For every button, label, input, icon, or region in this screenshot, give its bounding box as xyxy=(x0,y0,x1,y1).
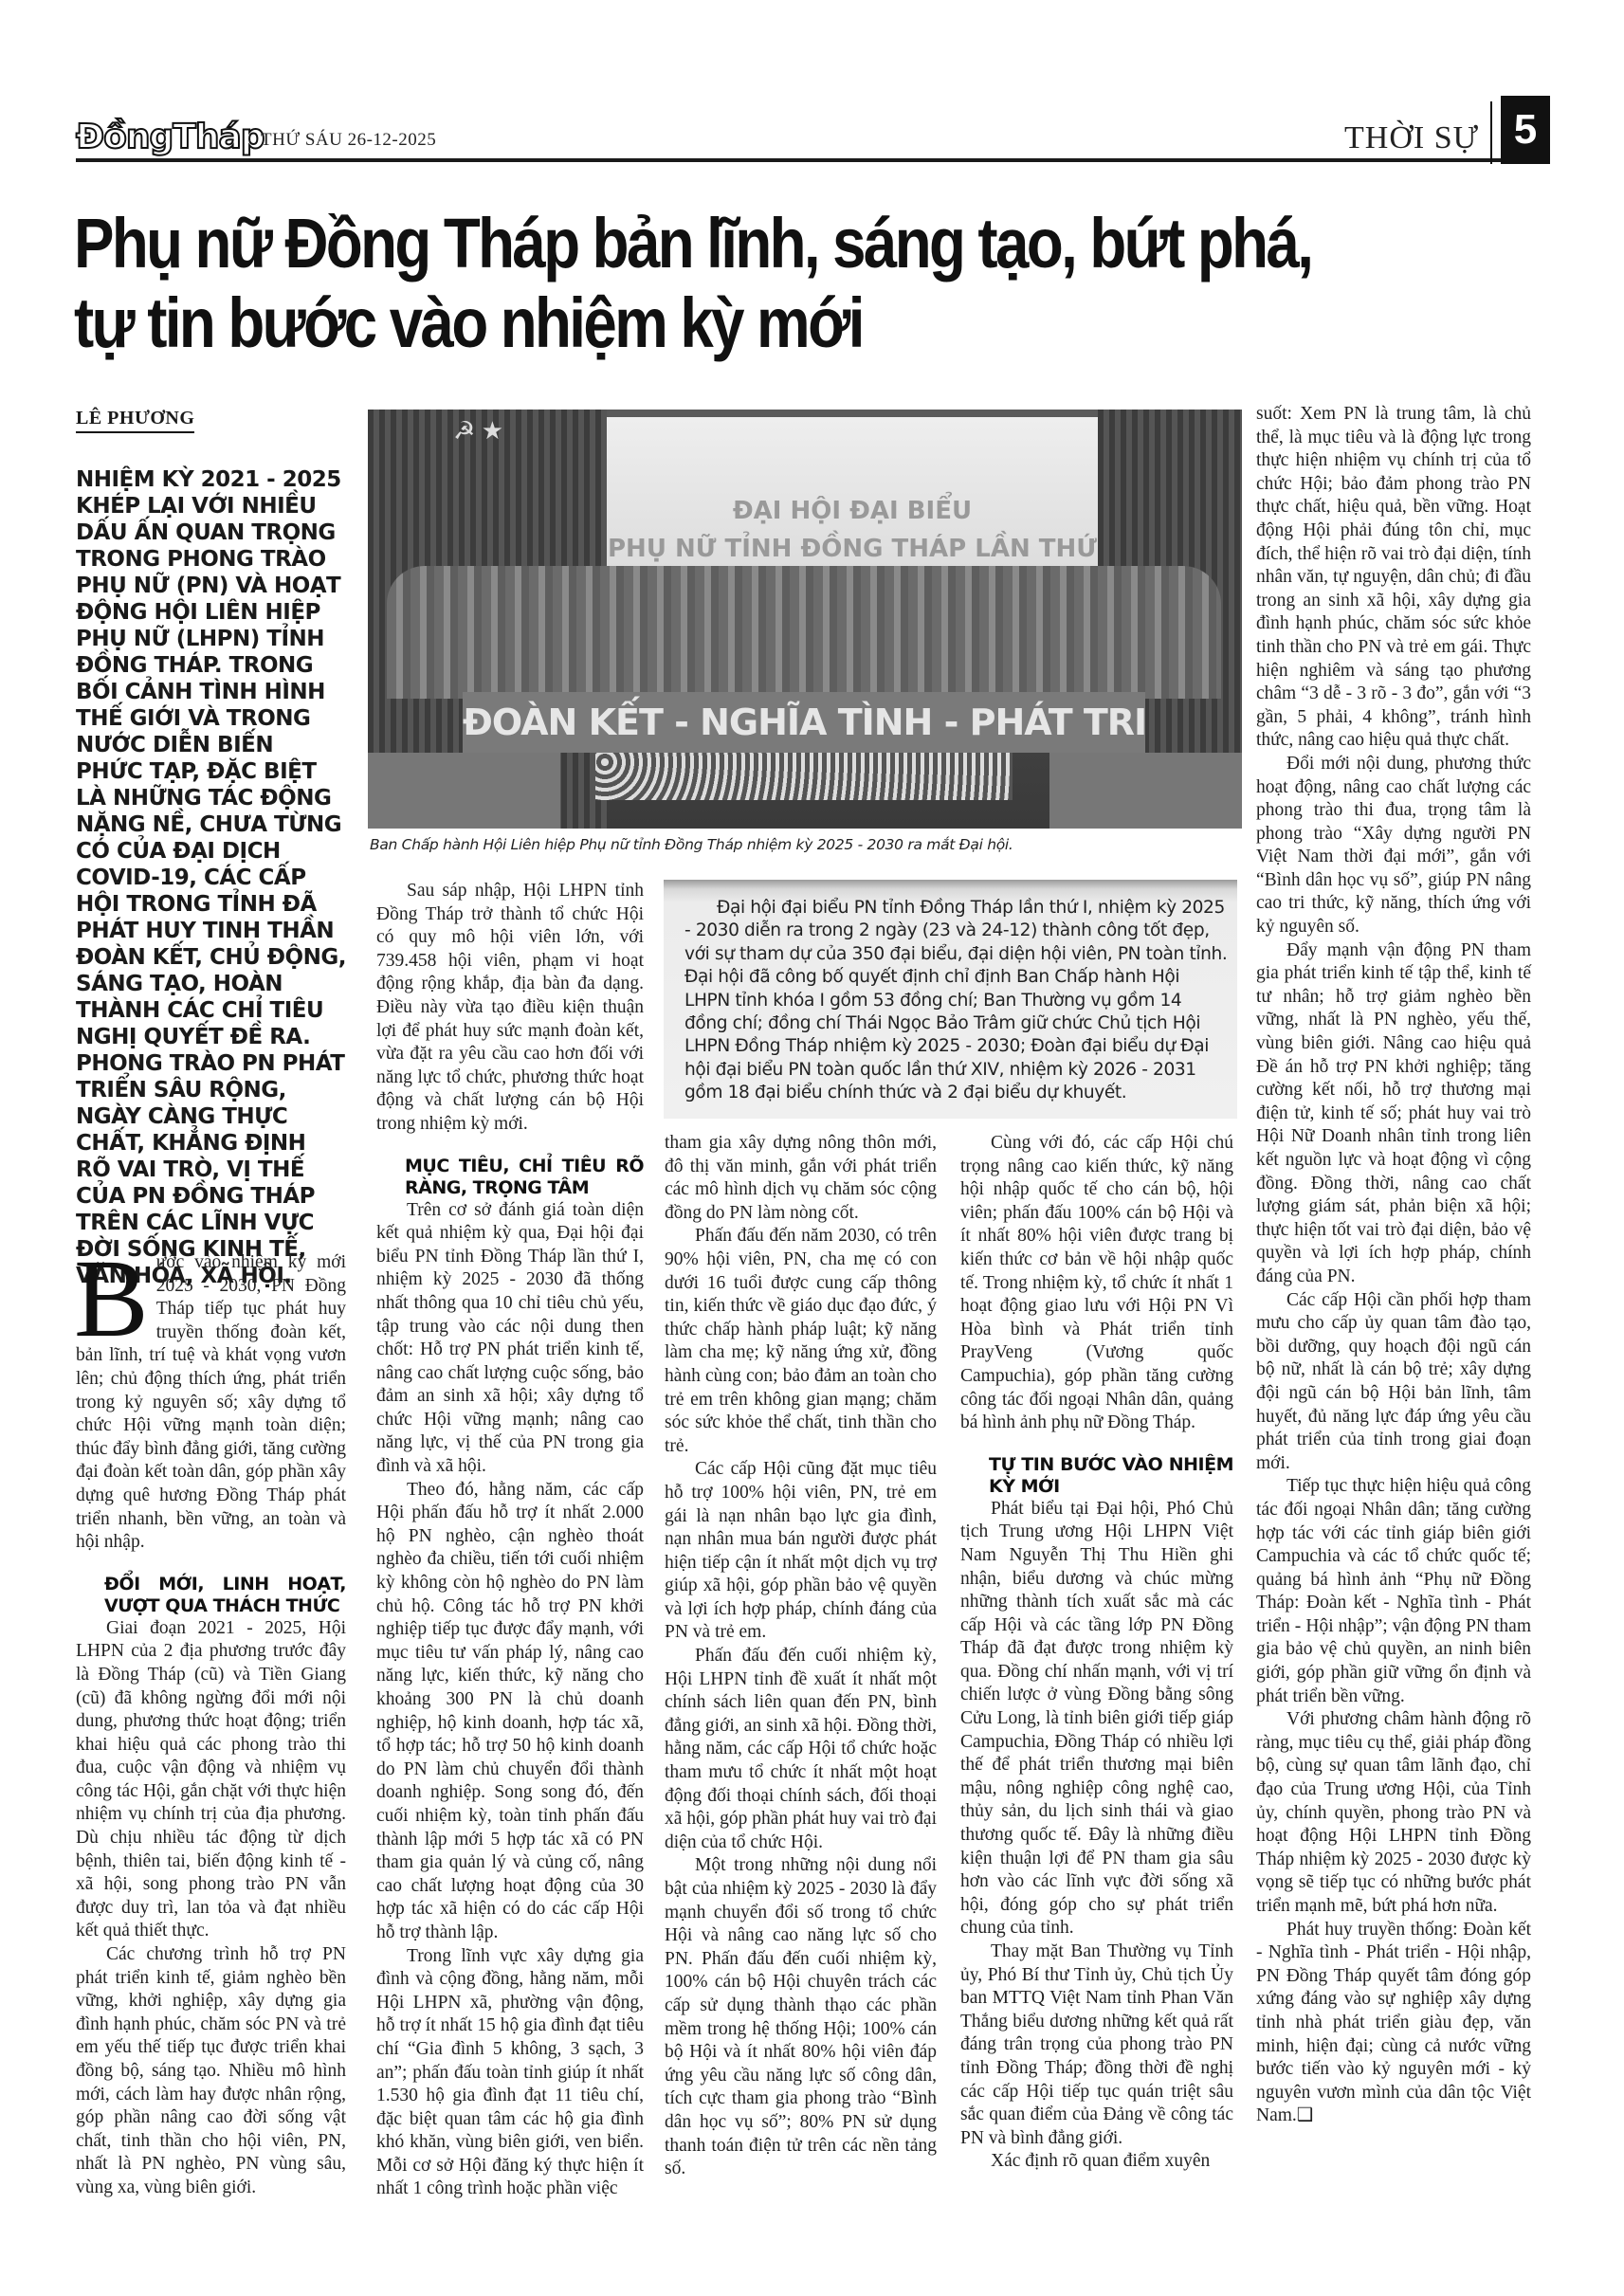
hammer-sickle-star-icon: ☭ ★ xyxy=(453,417,503,446)
subheading: MỤC TIÊU, CHỈ TIÊU RÕ RÀNG, TRỌNG TÂM xyxy=(405,1156,644,1199)
byline: LÊ PHƯƠNG xyxy=(76,408,194,433)
newspaper-logo: ĐồngTháp xyxy=(76,118,265,156)
flower-arrangement xyxy=(595,753,1013,800)
divider xyxy=(1490,101,1492,164)
paragraph: Với phương châm hành động rõ ràng, mục t… xyxy=(1256,1708,1531,1918)
article-photo: ☭ ★ ĐẠI HỘI ĐẠI BIỂU PHỤ NỮ TỈNH ĐỒNG TH… xyxy=(368,410,1242,829)
paragraph: Thay mặt Ban Thường vụ Tỉnh ủy, Phó Bí t… xyxy=(960,1941,1233,2150)
paragraph: tham gia xây dựng nông thôn mới, đô thị … xyxy=(665,1132,937,1225)
paragraph-text: Phát huy truyền thống: Đoàn kết - Nghĩa … xyxy=(1256,1920,1531,2126)
paragraph: Đẩy mạnh vận động PN tham gia phát triển… xyxy=(1256,939,1531,1289)
paragraph: Đổi mới nội dung, phương thức hoạt động,… xyxy=(1256,753,1531,939)
paragraph: Trên cơ sở đánh giá toàn diện kết quả nh… xyxy=(376,1199,644,1479)
paragraph: Theo đó, hằng năm, các cấp Hội phấn đấu … xyxy=(376,1479,644,1945)
paragraph: Sau sáp nhập, Hội LHPN tỉnh Đồng Tháp tr… xyxy=(376,880,644,1137)
fact-box-text: Đại hội đại biểu PN tỉnh Đồng Tháp lần t… xyxy=(684,897,1228,1105)
subheading: TỰ TIN BƯỚC VÀO NHIỆM KỲ MỚI xyxy=(989,1454,1233,1498)
delegates-group xyxy=(387,566,1221,699)
paragraph: Phấn đấu đến cuối nhiệm kỳ, Hội LHPN tỉn… xyxy=(665,1645,937,1854)
paragraph: Một trong những nội dung nổi bật của nhi… xyxy=(665,1854,937,2180)
subheading: ĐỔI MỚI, LINH HOẠT, VƯỢT QUA THÁCH THỨC xyxy=(104,1574,346,1617)
paragraph: Xác định rõ quan điểm xuyên xyxy=(960,2150,1233,2174)
paragraph: Các cấp Hội cũng đặt mục tiêu hỗ trợ 100… xyxy=(665,1458,937,1645)
drop-cap: B xyxy=(74,1255,149,1342)
stage-banner: ĐOÀN KẾT - NGHĨA TÌNH - PHÁT TRIỂN - HỘI… xyxy=(463,692,1145,753)
end-mark-icon: ❑ xyxy=(1297,2105,1313,2125)
article-column-4: Cùng với đó, các cấp Hội chú trọng nâng … xyxy=(960,1132,1233,2174)
paragraph: Trong lĩnh vực xây dựng gia đình và cộng… xyxy=(376,1945,644,2202)
paragraph: Cùng với đó, các cấp Hội chú trọng nâng … xyxy=(960,1132,1233,1435)
sapo-lead: NHIỆM KỲ 2021 - 2025 KHÉP LẠI VỚI NHIỀU … xyxy=(76,466,346,1289)
paragraph: Phấn đấu đến năm 2030, có trên 90% hội v… xyxy=(665,1225,937,1458)
masthead: ĐồngTháp THỨ SÁU 26-12-2025 THỜI SỰ 5 xyxy=(76,118,1550,162)
headline-line-1: Phụ nữ Đồng Tháp bản lĩnh, sáng tạo, bứt… xyxy=(74,204,1346,283)
section-label: THỜI SỰ xyxy=(1344,120,1479,156)
fact-box: Đại hội đại biểu PN tỉnh Đồng Tháp lần t… xyxy=(664,880,1237,1119)
article-column-3: tham gia xây dựng nông thôn mới, đô thị … xyxy=(665,1132,937,2181)
photo-caption: Ban Chấp hành Hội Liên hiệp Phụ nữ tỉnh … xyxy=(370,836,1013,853)
article-column-2: Sau sáp nhập, Hội LHPN tỉnh Đồng Tháp tr… xyxy=(376,880,644,2201)
paragraph: suốt: Xem PN là trung tâm, là chủ thể, l… xyxy=(1256,403,1531,753)
headline-line-2: tự tin bước vào nhiệm kỳ mới xyxy=(74,283,1346,363)
article-column-5: suốt: Xem PN là trung tâm, là chủ thể, l… xyxy=(1256,403,1531,2128)
paragraph: Phát biểu tại Đại hội, Phó Chủ tịch Trun… xyxy=(960,1498,1233,1941)
paragraph: Các chương trình hỗ trợ PN phát triển ki… xyxy=(76,1943,346,2200)
paragraph: Giai đoạn 2021 - 2025, Hội LHPN của 2 đị… xyxy=(76,1617,346,1943)
paragraph: Tiếp tục thực hiện hiệu quả công tác đối… xyxy=(1256,1475,1531,1708)
headline: Phụ nữ Đồng Tháp bản lĩnh, sáng tạo, bứt… xyxy=(74,204,1346,363)
paragraph: Phát huy truyền thống: Đoàn kết - Nghĩa … xyxy=(1256,1919,1531,2128)
screen-title: ĐẠI HỘI ĐẠI BIỂU xyxy=(607,497,1098,525)
page-number: 5 xyxy=(1501,96,1550,164)
paragraph: Các cấp Hội cần phối hợp tham mưu cho cấ… xyxy=(1256,1289,1531,1476)
article-column-1: B ước vào nhiệm kỳ mới 2025 - 2030, PN Đ… xyxy=(76,1251,346,2200)
issue-date: THỨ SÁU 26-12-2025 xyxy=(261,130,436,151)
